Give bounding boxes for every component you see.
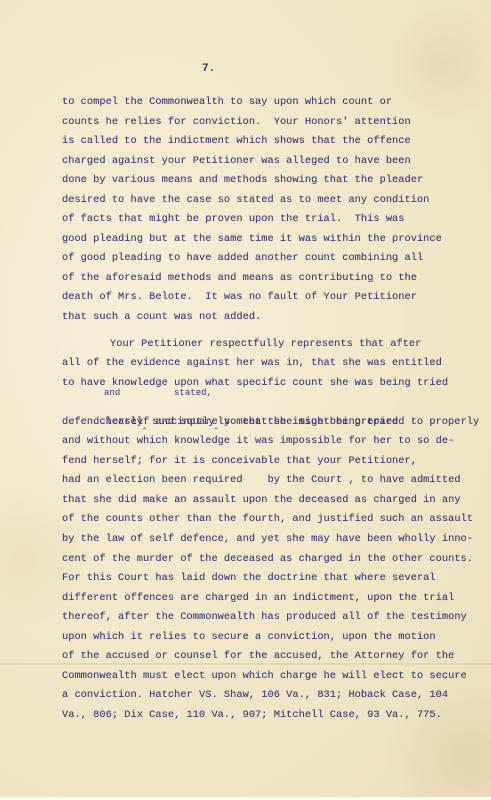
text-line: of the aforesaid methods and means as co… xyxy=(62,269,482,289)
text-line: Commonwealth must elect upon which charg… xyxy=(62,667,482,687)
corrected-line: clearly‸and succinctly‸stated, so that s… xyxy=(62,393,482,413)
text-line: is called to the indictment which shows … xyxy=(62,132,482,152)
text-line: defend herself and squarely meet the iss… xyxy=(62,413,482,433)
text-line: charged against your Petitioner was alle… xyxy=(62,152,482,172)
text-line: had an election been required by the Cou… xyxy=(62,471,482,491)
text-line: a conviction. Hatcher VS. Shaw, 106 Va.,… xyxy=(62,686,482,706)
text-line: of the counts other than the fourth, and… xyxy=(62,510,482,530)
text-line: done by various means and methods showin… xyxy=(62,171,482,191)
text-line: cent of the murder of the deceased as ch… xyxy=(62,550,482,570)
text-line: of facts that might be proven upon the t… xyxy=(62,210,482,230)
text-line: different offences are charged in an ind… xyxy=(62,589,482,609)
text-line: desired to have the case so stated as to… xyxy=(62,191,482,211)
text-line: to have knowledge upon what specific cou… xyxy=(62,374,482,394)
text-line: upon which it relies to secure a convict… xyxy=(62,628,482,648)
text-line: thereof, after the Commonwealth has prod… xyxy=(62,608,482,628)
interlinear-insertion: and xyxy=(104,384,120,404)
text-line: of good pleading to have added another c… xyxy=(62,249,482,269)
text-line: and without which knowledge it was impos… xyxy=(62,432,482,452)
text-line: all of the evidence against her was in, … xyxy=(62,354,482,374)
text-line: to compel the Commonwealth to say upon w… xyxy=(62,93,482,113)
text-line: good pleading but at the same time it wa… xyxy=(62,230,482,250)
text-line: counts he relies for conviction. Your Ho… xyxy=(62,113,482,133)
text-line: by the law of self defence, and yet she … xyxy=(62,530,482,550)
text-line: For this Court has laid down the doctrin… xyxy=(62,569,482,589)
text-line: that she did make an assault upon the de… xyxy=(62,491,482,511)
paragraph-first-line: Your Petitioner respectfully represents … xyxy=(62,335,482,355)
text-line: fend herself; for it is conceivable that… xyxy=(62,452,482,472)
text-line: of the accused or counsel for the accuse… xyxy=(62,647,482,667)
document-page: 7. to compel the Commonwealth to say upo… xyxy=(0,0,491,797)
interlinear-insertion: stated, xyxy=(174,384,212,404)
text-line: that such a count was not added. xyxy=(62,308,482,328)
text-line: Va., 806; Dix Case, 110 Va., 907; Mitche… xyxy=(62,706,482,726)
typed-text-body: to compel the Commonwealth to say upon w… xyxy=(62,93,482,726)
text-line: death of Mrs. Belote. It was no fault of… xyxy=(62,288,482,308)
page-number: 7. xyxy=(202,63,215,75)
